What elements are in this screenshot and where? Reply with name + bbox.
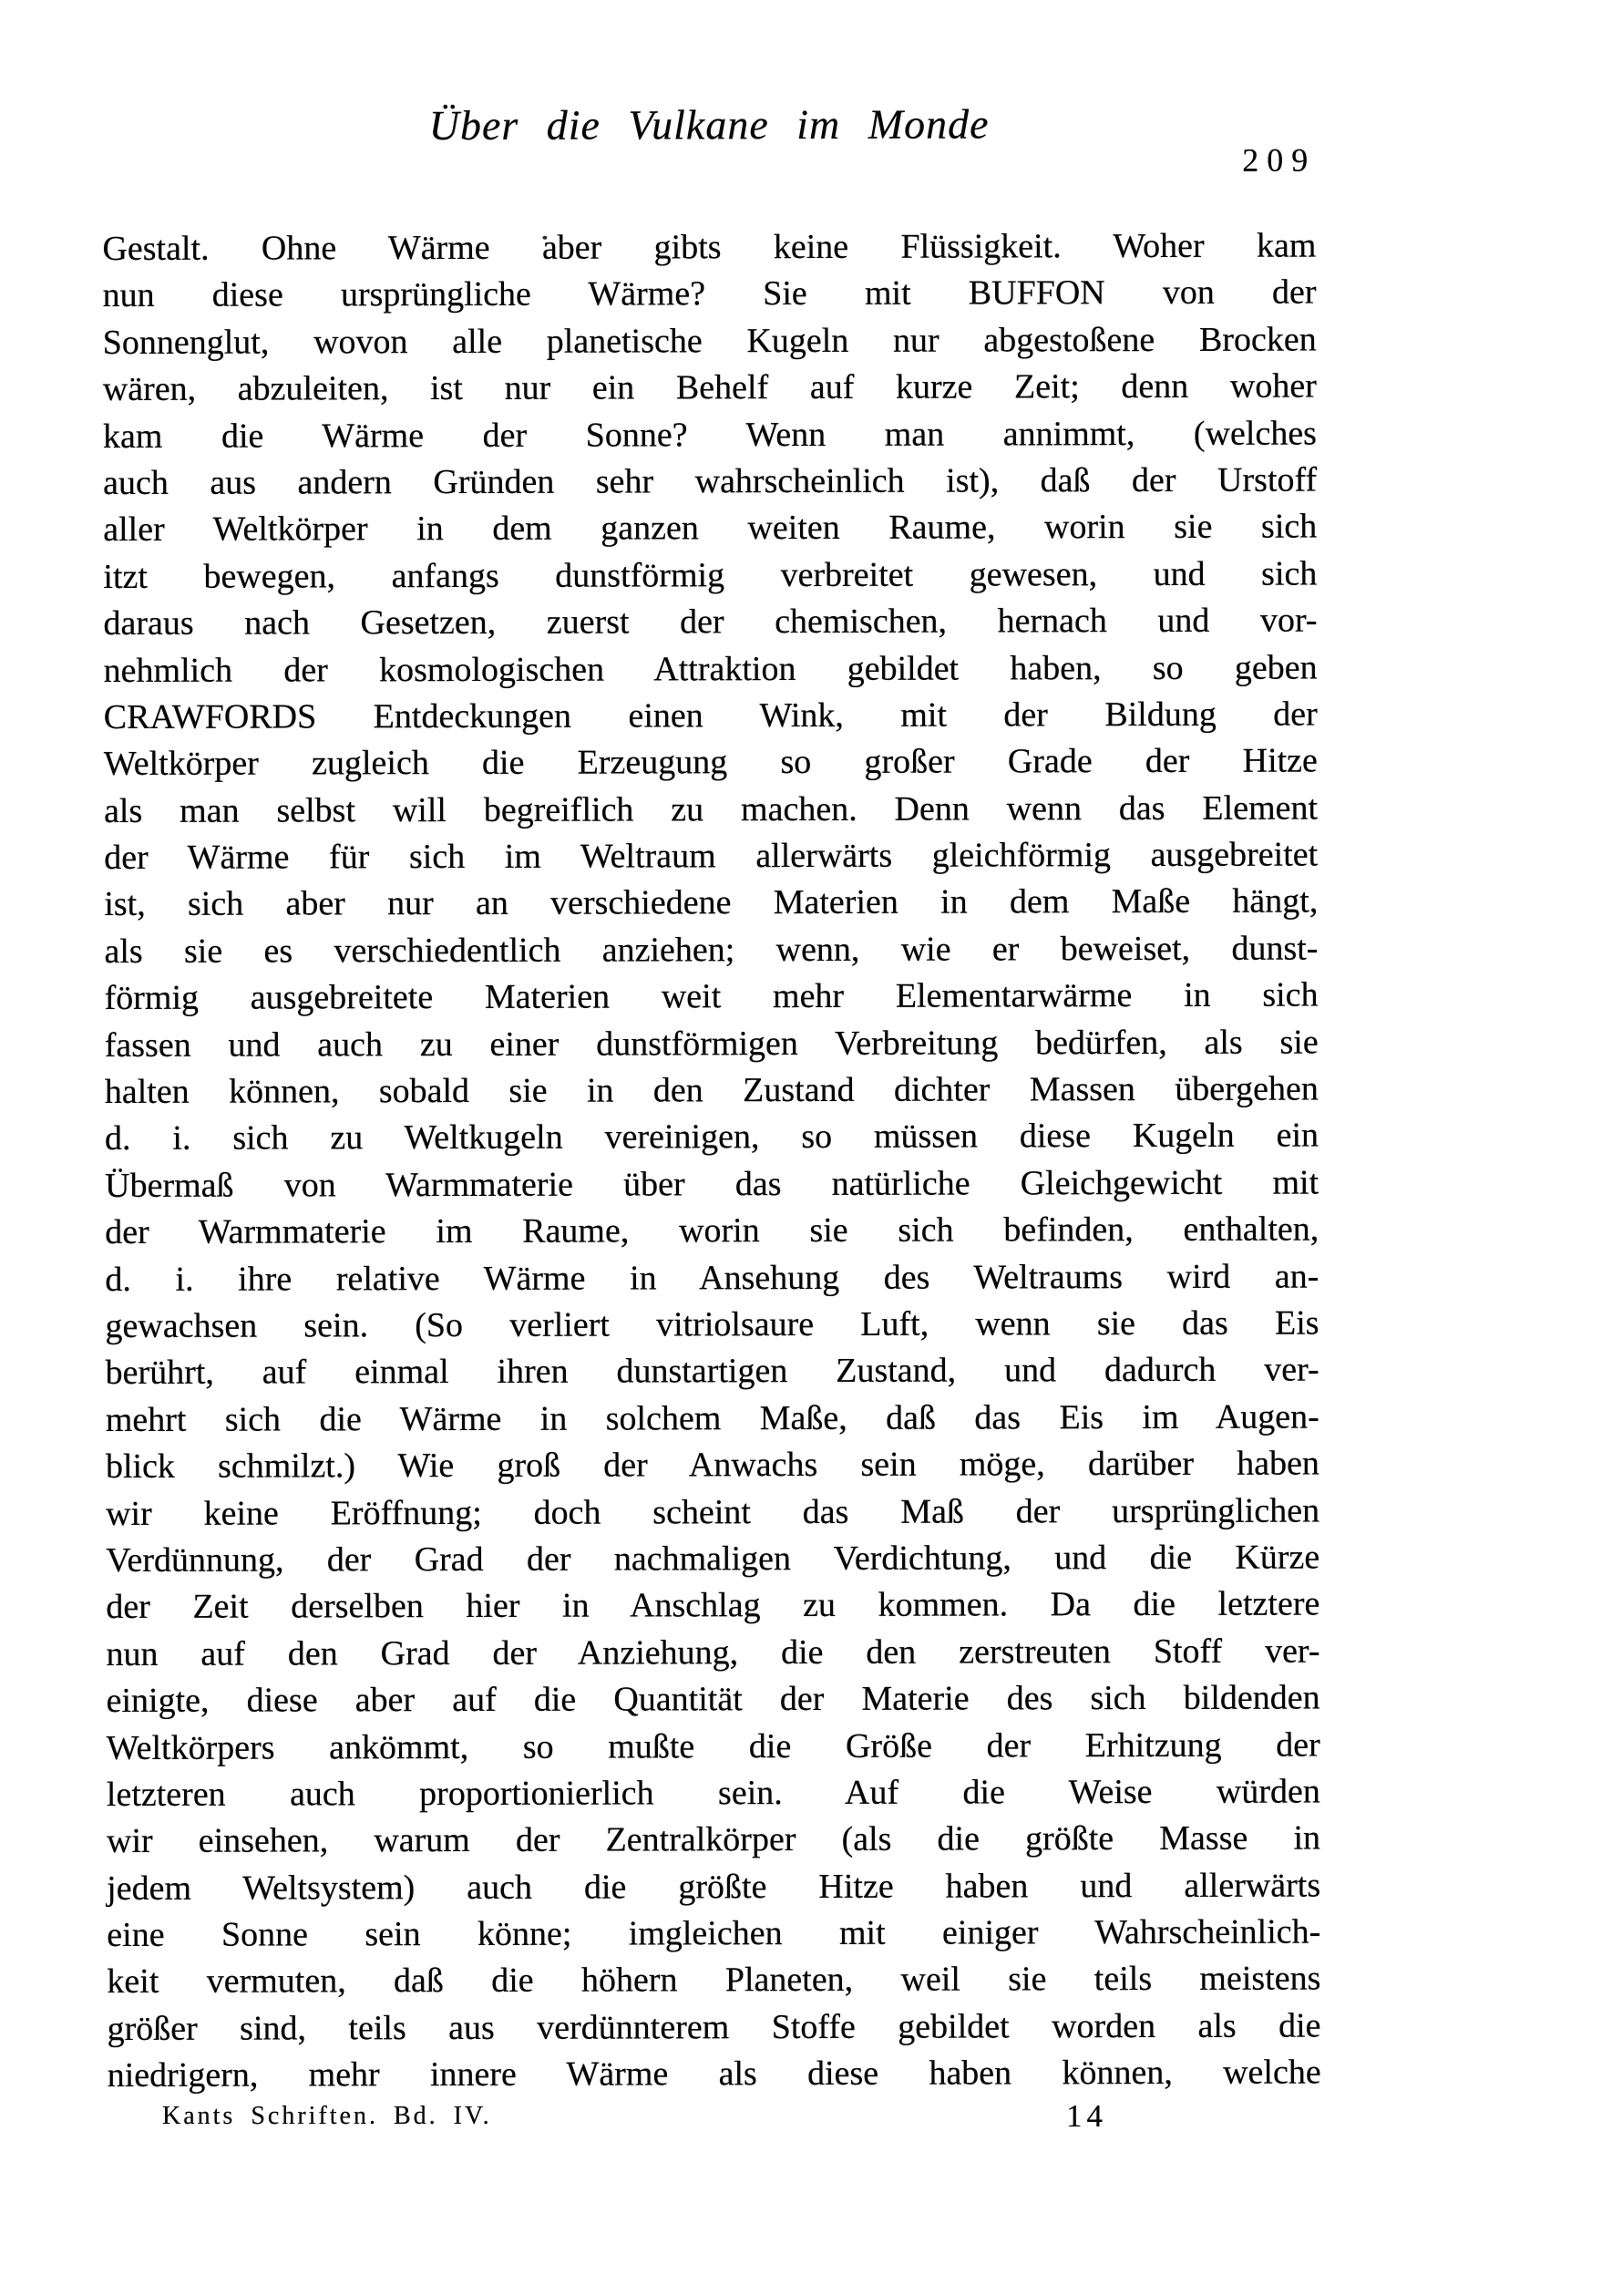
text-line: gewachsen sein. (So verliert vitriolsaur… — [105, 1300, 1319, 1350]
text-line: itzt bewegen, anfangs dunstförmig verbre… — [103, 551, 1317, 601]
text-column: Über die Vulkane im Monde 209 Gestalt. O… — [102, 99, 1321, 2100]
text-line: fassen und auch zu einer dunstförmigen V… — [105, 1019, 1319, 1069]
text-line: nun auf den Grad der Anziehung, die den … — [106, 1628, 1319, 1678]
text-line: niedrigern, mehr innere Wärme als diese … — [108, 2050, 1321, 2100]
text-line: der Zeit derselben hier in Anschlag zu k… — [106, 1581, 1319, 1632]
sheet-number: 14 — [1066, 2098, 1107, 2135]
book-page: Über die Vulkane im Monde 209 Gestalt. O… — [0, 0, 1612, 2296]
text-line: nun diese ursprüngliche Wärme? Sie mit B… — [102, 270, 1316, 320]
text-line: CRAWFORDS Entdeckungen einen Wink, mit d… — [104, 691, 1318, 741]
text-line: daraus nach Gesetzen, zuerst der chemisc… — [103, 598, 1317, 648]
text-line: förmig ausgebreitete Materien weit mehr … — [105, 973, 1319, 1023]
text-line: halten können, sobald sie in den Zustand… — [105, 1066, 1319, 1117]
text-line: wir einsehen, warum der Zentralkörper (a… — [107, 1816, 1320, 1866]
text-line: aller Weltkörper in dem ganzen weiten Ra… — [103, 504, 1317, 554]
text-line: kam die Wärme der Sonne? Wenn man annimm… — [103, 410, 1317, 460]
text-line: eine Sonne sein könne; imgleichen mit ei… — [107, 1910, 1320, 1960]
text-line: berührt, auf einmal ihren dunstartigen Z… — [106, 1347, 1319, 1397]
text-line: Verdünnung, der Grad der nachmaligen Ver… — [106, 1534, 1319, 1584]
text-line: Weltkörpers ankömmt, so mußte die Größe … — [107, 1722, 1320, 1772]
text-line: mehrt sich die Wärme in solchem Maße, da… — [106, 1394, 1319, 1444]
footer-signature: Kants Schriften. Bd. IV. — [162, 2102, 492, 2131]
text-line: nehmlich der kosmologischen Attraktion g… — [104, 644, 1318, 695]
body-text: Gestalt. Ohne Wärme aber gibts keine Flü… — [102, 223, 1320, 2100]
text-line: größer sind, teils aus verdünnterem Stof… — [107, 2003, 1320, 2053]
text-line: der Wärme für sich im Weltraum allerwärt… — [104, 832, 1318, 882]
text-line: als sie es verschiedentlich anziehen; we… — [104, 925, 1318, 975]
text-line: Übermaß von Warmmaterie über das natürli… — [105, 1159, 1319, 1210]
text-line: d. i. sich zu Weltkugeln vereinigen, so … — [105, 1113, 1319, 1163]
page-number: 209 — [1242, 141, 1316, 180]
text-line: Weltkörper zugleich die Erzeugung so gro… — [104, 738, 1318, 788]
text-line: der Warmmaterie im Raume, worin sie sich… — [105, 1207, 1319, 1257]
text-line: wir keine Eröffnung; doch scheint das Ma… — [106, 1488, 1319, 1538]
text-line: Sonnenglut, wovon alle planetische Kugel… — [103, 316, 1317, 366]
scan-artifact-dot — [542, 236, 547, 240]
text-line: Gestalt. Ohne Wärme aber gibts keine Flü… — [102, 223, 1316, 273]
text-line: jedem Weltsystem) auch die größte Hitze … — [107, 1862, 1320, 1912]
text-line: einigte, diese aber auf die Quantität de… — [107, 1675, 1320, 1725]
running-head: Über die Vulkane im Monde 209 — [102, 99, 1316, 186]
text-line: ist, sich aber nur an verschiedene Mater… — [104, 879, 1318, 929]
text-line: keit vermuten, daß die höhern Planeten, … — [107, 1956, 1320, 2006]
running-title: Über die Vulkane im Monde — [102, 99, 1316, 150]
text-line: blick schmilzt.) Wie groß der Anwachs se… — [106, 1441, 1319, 1491]
text-line: d. i. ihre relative Wärme in Ansehung de… — [105, 1253, 1319, 1303]
text-line: auch aus andern Gründen sehr wahrscheinl… — [103, 457, 1317, 507]
text-line: letzteren auch proportionierlich sein. A… — [107, 1768, 1320, 1818]
text-line: wären, abzuleiten, ist nur ein Behelf au… — [103, 364, 1317, 414]
text-line: als man selbst will begreiflich zu mache… — [104, 785, 1318, 835]
